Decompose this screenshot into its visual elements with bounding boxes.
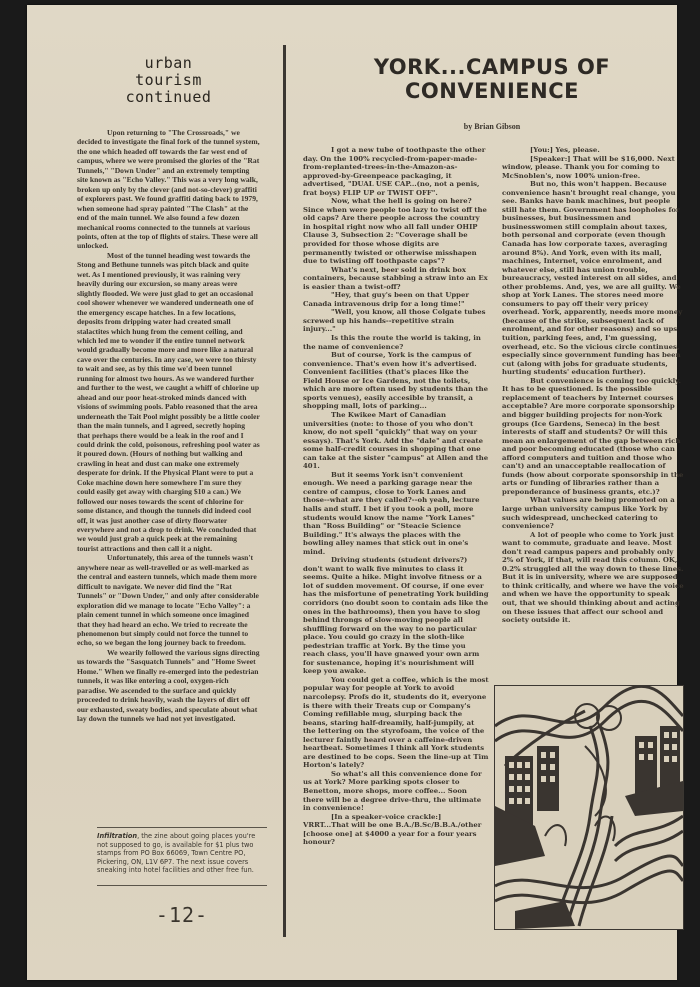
paragraph: Unfortunately, this area of the tunnels …	[77, 553, 260, 648]
infiltration-note: Infiltration, the zine about going place…	[97, 827, 267, 886]
paragraph: The Kwikee Mart of Canadian universities…	[303, 411, 489, 471]
title-line: urban	[77, 55, 260, 72]
zine-name: Infiltration	[97, 832, 137, 840]
paragraph: Is this the route the world is taking, i…	[303, 334, 489, 351]
column-divider	[283, 45, 286, 937]
paragraph: "Well, you know, all those Colgate tubes…	[303, 308, 489, 334]
paragraph: Driving students (student drivers?) don'…	[303, 556, 489, 676]
paragraph: [You:] Yes, please.	[502, 146, 687, 155]
illustration-art-icon	[495, 686, 683, 929]
paragraph: Now, what the hell is going on here? Sin…	[303, 197, 489, 265]
paragraph: You could get a coffee, which is the mos…	[303, 676, 489, 770]
paragraph: But no, this won't happen. Because conve…	[502, 180, 687, 377]
paragraph: What's next, beer sold in drink box cont…	[303, 266, 489, 292]
paragraph: But convenience is coming too quickly. I…	[502, 377, 687, 497]
paragraph: A lot of people who come to York just wa…	[502, 531, 687, 625]
paragraph: But of course, York is the campus of con…	[303, 351, 489, 411]
article-column-right: [You:] Yes, please. [Speaker:] That will…	[502, 146, 687, 625]
byline: by Brian Gibson	[397, 122, 587, 131]
paragraph: Upon returning to "The Crossroads," we d…	[77, 128, 260, 251]
title-line: continued	[77, 89, 260, 106]
psychedelic-city-illustration	[494, 685, 684, 930]
paragraph: What values are being promoted on a larg…	[502, 496, 687, 530]
paragraph: We wearily followed the various signs di…	[77, 648, 260, 724]
title-line: tourism	[77, 72, 260, 89]
headline: YORK...CAMPUS OF CONVENIENCE	[327, 55, 657, 103]
article-column-middle: I got a new tube of toothpaste the other…	[303, 146, 489, 847]
urban-tourism-article: urban tourism continued Upon returning t…	[77, 55, 260, 724]
newspaper-page: urban tourism continued Upon returning t…	[27, 5, 677, 980]
urban-tourism-title: urban tourism continued	[77, 55, 260, 106]
paragraph: I got a new tube of toothpaste the other…	[303, 146, 489, 197]
paragraph: "Hey, that guy's been on that Upper Cana…	[303, 291, 489, 308]
paragraph: Most of the tunnel heading west towards …	[77, 251, 260, 554]
paragraph: But it seems York isn't convenient enoug…	[303, 471, 489, 556]
page-number: -12-	[142, 903, 222, 927]
paragraph: So what's all this convenience done for …	[303, 770, 489, 813]
paragraph: [Speaker:] That will be $16,000. Next wi…	[502, 155, 687, 181]
urban-tourism-body: Upon returning to "The Crossroads," we d…	[77, 128, 260, 724]
paragraph: [In a speaker-voice crackle:] VRRT...Tha…	[303, 813, 489, 847]
